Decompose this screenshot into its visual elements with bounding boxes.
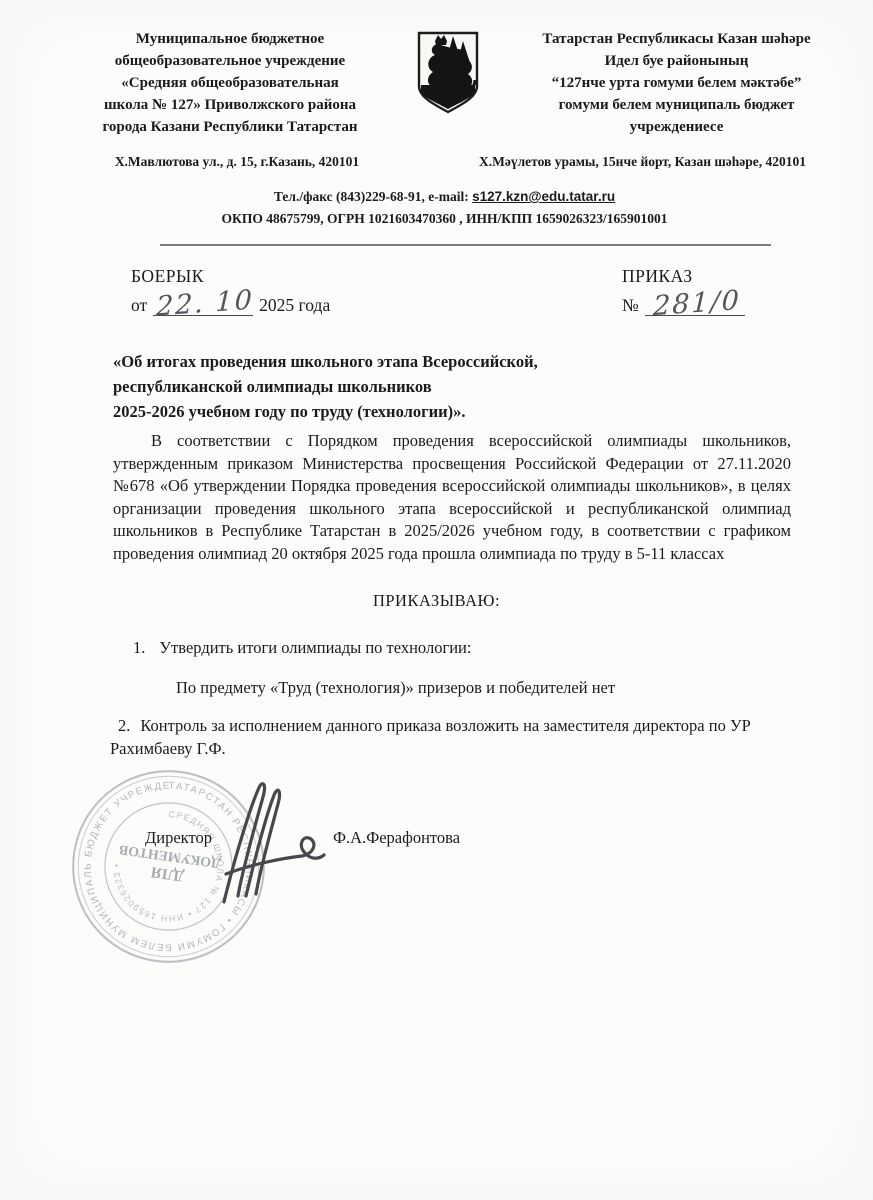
phone-label: Тел./факс (843)229-68-91, e-mail: xyxy=(274,189,472,204)
letterhead: Муниципальное бюджетное общеобразователь… xyxy=(0,0,873,138)
order-header: БОЕРЫК от22. 102025 года ПРИКАЗ №281/0 xyxy=(0,266,873,341)
director-name: Ф.А.Ферафонтова xyxy=(333,828,460,848)
phone-email-line: Тел./факс (843)229-68-91, e-mail: s127.k… xyxy=(76,186,813,208)
order-type-russian: ПРИКАЗ xyxy=(622,266,745,287)
item-number: 2. xyxy=(118,716,130,735)
emblem-container xyxy=(398,28,498,138)
letterhead-line: школа № 127» Приволжского района xyxy=(62,94,398,116)
date-underline: 22. 10 xyxy=(153,292,253,316)
order-header-right: ПРИКАЗ №281/0 xyxy=(622,266,745,316)
address-row: Х.Мавлютова ул., д. 15, г.Казань, 420101… xyxy=(0,154,873,170)
resolution-item-2: 2.Контроль за исполнением данного приказ… xyxy=(110,715,794,760)
divider-line xyxy=(160,244,771,246)
subject-line: «Об итогах проведения школьного этапа Вс… xyxy=(113,349,693,374)
number-sign: № xyxy=(622,295,639,315)
order-number-line: №281/0 xyxy=(622,292,745,316)
order-header-left: БОЕРЫК от22. 102025 года xyxy=(131,266,330,316)
letterhead-right-tatar: Татарстан Республикасы Казан шәһәре Идел… xyxy=(498,28,855,138)
subject-line: 2025-2026 учебном году по труду (техноло… xyxy=(113,399,693,424)
date-suffix: 2025 года xyxy=(259,295,330,315)
resolution-subitem: По предмету «Труд (технология)» призеров… xyxy=(176,678,873,698)
contact-block: Тел./факс (843)229-68-91, e-mail: s127.k… xyxy=(76,186,813,230)
email-address: s127.kzn@edu.tatar.ru xyxy=(472,189,615,204)
director-role-label: Директор xyxy=(145,828,212,848)
order-type-tatar: БОЕРЫК xyxy=(131,266,330,287)
letterhead-line: Татарстан Республикасы Казан шәһәре xyxy=(498,28,855,50)
subject-line: республиканской олимпиады школьников xyxy=(113,374,693,399)
number-underline: 281/0 xyxy=(645,292,745,316)
letterhead-line: Муниципальное бюджетное xyxy=(62,28,398,50)
handwritten-number: 281/0 xyxy=(646,284,747,322)
kazan-coat-of-arms-icon xyxy=(415,30,481,114)
signature-block: ТАТАРСТАН РЕСПУБЛИКАСЫ • ГОМУМИ БЕЛЕМ МУ… xyxy=(0,760,873,1180)
resolution-heading: ПРИКАЗЫВАЮ: xyxy=(0,591,873,611)
item-number: 1. xyxy=(133,638,145,657)
letterhead-line: учреждениесе xyxy=(498,116,855,138)
address-russian: Х.Мавлютова ул., д. 15, г.Казань, 420101 xyxy=(62,154,412,170)
resolution-item-1: 1.Утвердить итоги олимпиады по технологи… xyxy=(133,638,873,658)
handwritten-date: 22. 10 xyxy=(155,284,256,322)
registry-line: ОКПО 48675799, ОГРН 1021603470360 , ИНН/… xyxy=(76,208,813,230)
letterhead-line: общеобразовательное учреждение xyxy=(62,50,398,72)
letterhead-line: города Казани Республики Татарстан xyxy=(62,116,398,138)
letterhead-line: Идел буе районының xyxy=(498,50,855,72)
address-tatar: Х.Мәүлетов урамы, 15нче йорт, Казан шәһә… xyxy=(412,154,873,170)
scanned-order-document: Муниципальное бюджетное общеобразователь… xyxy=(0,0,873,1200)
subject-title: «Об итогах проведения школьного этапа Вс… xyxy=(113,349,693,424)
letterhead-line: гомуми белем муниципаль бюджет xyxy=(498,94,855,116)
director-signature-icon xyxy=(196,766,326,931)
letterhead-left-russian: Муниципальное бюджетное общеобразователь… xyxy=(62,28,398,138)
item-text: Контроль за исполнением данного приказа … xyxy=(110,716,751,758)
letterhead-line: «Средняя общеобразовательная xyxy=(62,72,398,94)
body-paragraph: В соответствии с Порядком проведения все… xyxy=(113,430,791,565)
order-date-line: от22. 102025 года xyxy=(131,292,330,316)
item-text: Утвердить итоги олимпиады по технологии: xyxy=(159,638,471,657)
date-prefix: от xyxy=(131,295,147,315)
letterhead-line: “127нче урта гомуми белем мәктәбе” xyxy=(498,72,855,94)
